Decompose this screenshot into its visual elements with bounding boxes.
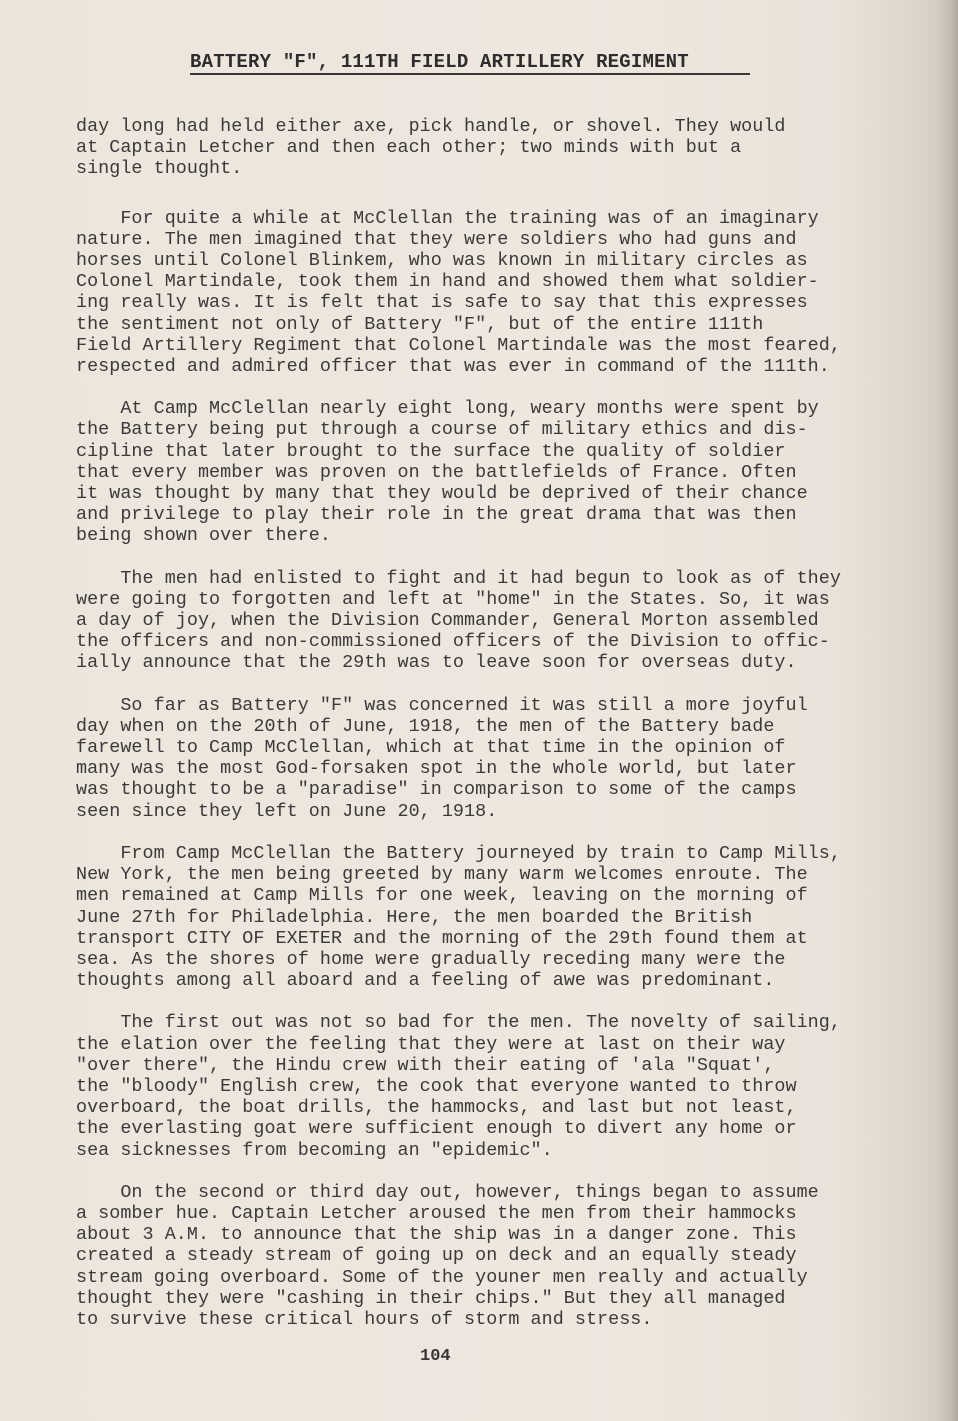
text-line: seen since they left on June 20, 1918. (76, 801, 926, 822)
text-line: respected and admired officer that was e… (76, 356, 926, 377)
text-line: June 27th for Philadelphia. Here, the me… (76, 907, 926, 928)
text-line: Field Artillery Regiment that Colonel Ma… (76, 335, 926, 356)
text-line: were going to forgotten and left at "hom… (76, 589, 926, 610)
text-line: and privilege to play their role in the … (76, 504, 926, 525)
text-line: was thought to be a "paradise" in compar… (76, 779, 926, 800)
text-line: about 3 A.M. to announce that the ship w… (76, 1224, 926, 1245)
text-line: a somber hue. Captain Letcher aroused th… (76, 1203, 926, 1224)
text-line: sea sicknesses from becoming an "epidemi… (76, 1140, 926, 1161)
paragraph: On the second or third day out, however,… (76, 1182, 926, 1330)
binding-shadow (936, 0, 958, 1421)
text-line: to survive these critical hours of storm… (76, 1309, 926, 1330)
text-line: sea. As the shores of home were graduall… (76, 949, 926, 970)
text-line: the sentiment not only of Battery "F", b… (76, 314, 926, 335)
text-line: single thought. (76, 158, 926, 179)
text-line: at Captain Letcher and then each other; … (76, 137, 926, 158)
text-line: that every member was proven on the batt… (76, 462, 926, 483)
paragraph: From Camp McClellan the Battery journeye… (76, 843, 926, 991)
paragraph: The first out was not so bad for the men… (76, 1012, 926, 1160)
paragraph: The men had enlisted to fight and it had… (76, 568, 926, 674)
text-line: thought they were "cashing in their chip… (76, 1288, 926, 1309)
text-line: thoughts among all aboard and a feeling … (76, 970, 926, 991)
text-line: the elation over the feeling that they w… (76, 1034, 926, 1055)
text-line: horses until Colonel Blinkem, who was kn… (76, 250, 926, 271)
text-line: transport CITY OF EXETER and the morning… (76, 928, 926, 949)
text-line: New York, the men being greeted by many … (76, 864, 926, 885)
paragraph: At Camp McClellan nearly eight long, wea… (76, 398, 926, 546)
paragraph: day long had held either axe, pick handl… (76, 116, 926, 180)
paragraph: So far as Battery "F" was concerned it w… (76, 695, 926, 822)
text-line: ing really was. It is felt that is safe … (76, 292, 926, 313)
text-line: The men had enlisted to fight and it had… (76, 568, 926, 589)
text-line: From Camp McClellan the Battery journeye… (76, 843, 926, 864)
paragraph: For quite a while at McClellan the train… (76, 208, 926, 378)
text-line: the Battery being put through a course o… (76, 419, 926, 440)
text-line: stream going overboard. Some of the youn… (76, 1267, 926, 1288)
text-line: "over there", the Hindu crew with their … (76, 1055, 926, 1076)
running-header: BATTERY "F", 111TH FIELD ARTILLERY REGIM… (190, 52, 750, 75)
text-line: So far as Battery "F" was concerned it w… (76, 695, 926, 716)
text-line: the "bloody" English crew, the cook that… (76, 1076, 926, 1097)
text-line: created a steady stream of going up on d… (76, 1245, 926, 1266)
text-line: it was thought by many that they would b… (76, 483, 926, 504)
text-line: day when on the 20th of June, 1918, the … (76, 716, 926, 737)
page-number: 104 (420, 1347, 451, 1366)
text-line: ially announce that the 29th was to leav… (76, 652, 926, 673)
text-line: a day of joy, when the Division Commande… (76, 610, 926, 631)
text-line: cipline that later brought to the surfac… (76, 441, 926, 462)
scanned-page: BATTERY "F", 111TH FIELD ARTILLERY REGIM… (0, 0, 958, 1421)
text-line: On the second or third day out, however,… (76, 1182, 926, 1203)
text-line: Colonel Martindale, took them in hand an… (76, 271, 926, 292)
text-line: overboard, the boat drills, the hammocks… (76, 1097, 926, 1118)
text-line: At Camp McClellan nearly eight long, wea… (76, 398, 926, 419)
text-line: nature. The men imagined that they were … (76, 229, 926, 250)
text-line: day long had held either axe, pick handl… (76, 116, 926, 137)
text-line: the everlasting goat were sufficient eno… (76, 1118, 926, 1139)
text-line: For quite a while at McClellan the train… (76, 208, 926, 229)
text-line: many was the most God-forsaken spot in t… (76, 758, 926, 779)
text-line: being shown over there. (76, 525, 926, 546)
text-line: farewell to Camp McClellan, which at tha… (76, 737, 926, 758)
text-line: men remained at Camp Mills for one week,… (76, 885, 926, 906)
text-line: the officers and non-commissioned office… (76, 631, 926, 652)
body-text: day long had held either axe, pick handl… (76, 116, 926, 1351)
text-line: The first out was not so bad for the men… (76, 1012, 926, 1033)
